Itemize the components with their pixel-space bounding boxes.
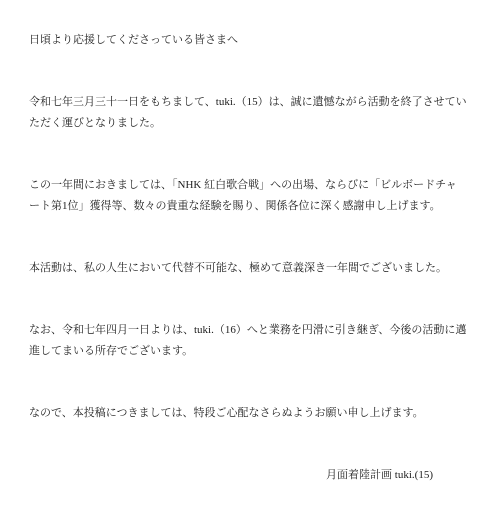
- signature: 月面着陸計画 tuki.(15): [29, 465, 454, 486]
- text-line: 本活動は、私の人生において代替不可能な、極めて意義深き一年間でございました。: [29, 258, 454, 279]
- text-line: 進してまいる所存でございます。: [29, 341, 454, 362]
- text-line: なお、令和七年四月一日よりは、tuki.（16）へと業務を円滑に引き継ぎ、今後の…: [29, 320, 454, 341]
- paragraph-activity-end: 令和七年三月三十一日をもちまして、tuki.（15）は、誠に遺憾ながら活動を終了…: [29, 92, 454, 134]
- announcement-letter-page: 日頃より応援してくださっている皆さまへ 令和七年三月三十一日をもちまして、tuk…: [0, 0, 478, 512]
- text-line: この一年間におきましては、「NHK 紅白歌合戦」への出場、ならびに「ビルボードチ…: [29, 175, 454, 196]
- text-line: ート第1位」獲得等、数々の貴重な経験を賜り、関係各位に深く感謝申し上げます。: [29, 196, 454, 217]
- paragraph-handover: なお、令和七年四月一日よりは、tuki.（16）へと業務を円滑に引き継ぎ、今後の…: [29, 320, 454, 362]
- paragraph-achievements: この一年間におきましては、「NHK 紅白歌合戦」への出場、ならびに「ビルボードチ…: [29, 175, 454, 217]
- paragraph-reflection: 本活動は、私の人生において代替不可能な、極めて意義深き一年間でございました。: [29, 258, 454, 279]
- greeting-text: 日頃より応援してくださっている皆さまへ: [29, 30, 454, 51]
- paragraph-no-concern: なので、本投稿につきましては、特段ご心配なさらぬようお願い申し上げます。: [29, 403, 454, 424]
- text-line: 令和七年三月三十一日をもちまして、tuki.（15）は、誠に遺憾ながら活動を終了…: [29, 92, 454, 113]
- text-line: なので、本投稿につきましては、特段ご心配なさらぬようお願い申し上げます。: [29, 403, 454, 424]
- greeting-line: 日頃より応援してくださっている皆さまへ: [29, 30, 454, 51]
- text-line: ただく運びとなりました。: [29, 113, 454, 134]
